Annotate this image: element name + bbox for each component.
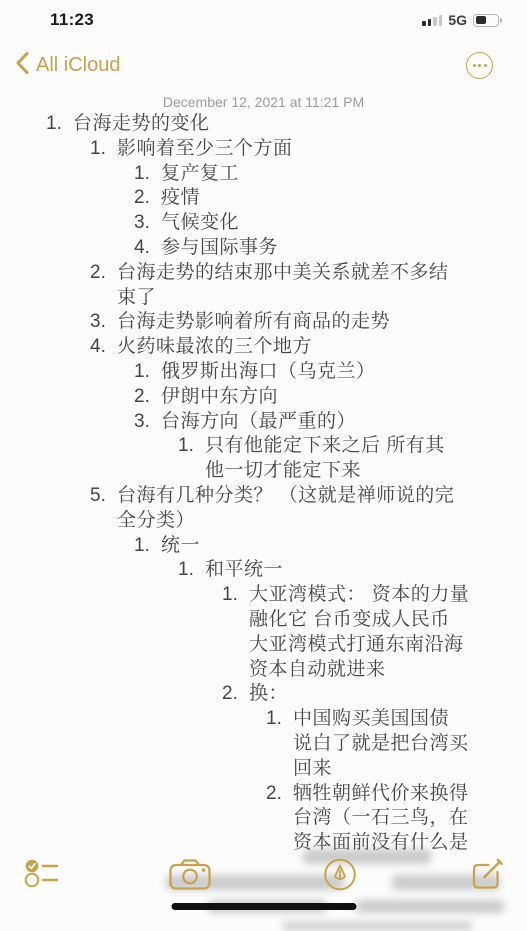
outline-item: 1.只有他能定下来之后 所有其 他一切才能定下来 <box>178 434 491 484</box>
outline-item-text: 牺牲朝鲜代价来换得 台湾（一石三鸟，在 资本面前没有什么是 <box>293 782 491 856</box>
outline-item: 2.换：1.中国购买美国国债 说白了就是把台湾买 回来2.牺牲朝鲜代价来换得 台… <box>222 682 491 856</box>
outline-item-number: 3. <box>90 310 117 335</box>
outline-item-number: 1. <box>46 112 73 137</box>
chevron-left-icon <box>16 52 29 79</box>
outline-item-text: 伊朗中东方向 <box>161 385 491 410</box>
markup-icon <box>324 858 357 891</box>
status-time: 11:23 <box>50 10 94 30</box>
ellipsis-icon <box>473 64 487 67</box>
outline-item-text: 参与国际事务 <box>161 236 491 261</box>
outline-item: 3.气候变化 <box>134 211 491 236</box>
outline-list: 1.只有他能定下来之后 所有其 他一切才能定下来 <box>134 434 491 484</box>
outline-list: 1.大亚湾模式： 资本的力量 融化它 台币变成人民币 大亚湾模式打通东南沿海 资… <box>178 583 491 856</box>
outline-item-text: 台海走势影响着所有商品的走势 <box>117 310 491 335</box>
status-icons: 5G <box>422 12 499 28</box>
outline-list: 1.台海走势的变化1.影响着至少三个方面1.复产复工2.疫情3.气候变化4.参与… <box>0 112 527 856</box>
compose-icon <box>471 858 504 891</box>
battery-icon <box>473 14 499 27</box>
outline-item-number: 5. <box>90 484 117 509</box>
outline-item-text: 大亚湾模式： 资本的力量 融化它 台币变成人民币 大亚湾模式打通东南沿海 资本自… <box>249 583 491 682</box>
outline-item-text: 和平统一 <box>205 558 491 583</box>
outline-item-number: 1. <box>266 707 293 732</box>
outline-item-text: 台海有几种分类？ （这就是禅师说的完 全分类） <box>117 484 491 534</box>
bottom-toolbar <box>0 846 527 906</box>
outline-item: 1.大亚湾模式： 资本的力量 融化它 台币变成人民币 大亚湾模式打通东南沿海 资… <box>222 583 491 682</box>
notes-app-screen: 11:23 5G All iCloud December 12, 2021 at… <box>0 0 527 931</box>
outline-list: 1.和平统一1.大亚湾模式： 资本的力量 融化它 台币变成人民币 大亚湾模式打通… <box>134 558 491 856</box>
outline-item-number: 2. <box>222 682 249 707</box>
outline-item: 2.牺牲朝鲜代价来换得 台湾（一石三鸟，在 资本面前没有什么是 <box>266 782 491 856</box>
outline-item-text: 中国购买美国国债 说白了就是把台湾买 回来 <box>293 707 491 781</box>
outline-item-text: 统一 <box>161 534 491 559</box>
outline-item-text: 台海方向（最严重的） <box>161 410 491 435</box>
checklist-icon <box>24 858 60 888</box>
outline-item-text: 换： <box>249 682 491 707</box>
outline-item: 2.伊朗中东方向 <box>134 385 491 410</box>
outline-item: 2.疫情 <box>134 186 491 211</box>
outline-list: 1.中国购买美国国债 说白了就是把台湾买 回来2.牺牲朝鲜代价来换得 台湾（一石… <box>222 707 491 856</box>
outline-item: 1.中国购买美国国债 说白了就是把台湾买 回来 <box>266 707 491 781</box>
outline-item: 2.台海走势的结束那中美关系就差不多结 束了 <box>90 261 491 311</box>
outline-list: 1.俄罗斯出海口（乌克兰）2.伊朗中东方向3.台海方向（最严重的）1.只有他能定… <box>90 360 491 484</box>
network-type-label: 5G <box>448 12 467 28</box>
more-options-button[interactable] <box>466 52 493 79</box>
camera-button[interactable] <box>169 858 211 890</box>
back-button-label: All iCloud <box>36 54 120 77</box>
outline-item-text: 火药味最浓的三个地方 <box>117 335 491 360</box>
outline-item-text: 只有他能定下来之后 所有其 他一切才能定下来 <box>205 434 491 484</box>
outline-item-number: 3. <box>134 211 161 236</box>
outline-item-text: 俄罗斯出海口（乌克兰） <box>161 360 491 385</box>
outline-item-number: 4. <box>90 335 117 360</box>
outline-item-number: 1. <box>134 534 161 559</box>
outline-item-text: 疫情 <box>161 186 491 211</box>
outline-item: 3.台海方向（最严重的）1.只有他能定下来之后 所有其 他一切才能定下来 <box>134 410 491 484</box>
outline-list: 1.复产复工2.疫情3.气候变化4.参与国际事务 <box>90 162 491 261</box>
outline-item: 3.台海走势影响着所有商品的走势 <box>90 310 491 335</box>
outline-item: 4.参与国际事务 <box>134 236 491 261</box>
cellular-signal-icon <box>422 14 442 26</box>
outline-item-number: 1. <box>178 434 205 459</box>
compose-button[interactable] <box>471 858 504 891</box>
outline-item-number: 2. <box>134 385 161 410</box>
outline-item: 1.统一1.和平统一1.大亚湾模式： 资本的力量 融化它 台币变成人民币 大亚湾… <box>134 534 491 856</box>
outline-item-number: 1. <box>90 137 117 162</box>
outline-item: 1.台海走势的变化1.影响着至少三个方面1.复产复工2.疫情3.气候变化4.参与… <box>46 112 491 856</box>
outline-item-number: 2. <box>266 782 293 807</box>
outline-item-number: 2. <box>134 186 161 211</box>
outline-item: 1.复产复工 <box>134 162 491 187</box>
outline-item-text: 影响着至少三个方面 <box>117 137 491 162</box>
home-indicator[interactable] <box>171 903 356 910</box>
outline-item-number: 3. <box>134 410 161 435</box>
outline-item: 1.和平统一1.大亚湾模式： 资本的力量 融化它 台币变成人民币 大亚湾模式打通… <box>178 558 491 856</box>
outline-item-number: 1. <box>134 360 161 385</box>
outline-item-text: 复产复工 <box>161 162 491 187</box>
outline-item: 4.火药味最浓的三个地方1.俄罗斯出海口（乌克兰）2.伊朗中东方向3.台海方向（… <box>90 335 491 484</box>
note-date: December 12, 2021 at 11:21 PM <box>0 94 527 110</box>
outline-item-number: 4. <box>134 236 161 261</box>
outline-list: 1.统一1.和平统一1.大亚湾模式： 资本的力量 融化它 台币变成人民币 大亚湾… <box>90 534 491 856</box>
outline-item-number: 1. <box>178 558 205 583</box>
outline-item: 5.台海有几种分类？ （这就是禅师说的完 全分类）1.统一1.和平统一1.大亚湾… <box>90 484 491 856</box>
outline-list: 1.影响着至少三个方面1.复产复工2.疫情3.气候变化4.参与国际事务2.台海走… <box>46 137 491 856</box>
status-bar: 11:23 5G <box>0 0 527 34</box>
note-content[interactable]: 1.台海走势的变化1.影响着至少三个方面1.复产复工2.疫情3.气候变化4.参与… <box>0 112 527 931</box>
outline-item-number: 1. <box>134 162 161 187</box>
outline-item: 1.俄罗斯出海口（乌克兰） <box>134 360 491 385</box>
back-button[interactable]: All iCloud <box>16 52 120 79</box>
camera-icon <box>169 858 211 890</box>
checklist-button[interactable] <box>24 858 60 888</box>
outline-item: 1.影响着至少三个方面1.复产复工2.疫情3.气候变化4.参与国际事务 <box>90 137 491 261</box>
markup-button[interactable] <box>324 858 357 891</box>
outline-item-number: 1. <box>222 583 249 608</box>
outline-item-number: 2. <box>90 261 117 286</box>
outline-item-text: 气候变化 <box>161 211 491 236</box>
outline-item-text: 台海走势的变化 <box>73 112 491 137</box>
outline-item-text: 台海走势的结束那中美关系就差不多结 束了 <box>117 261 491 311</box>
nav-bar: All iCloud <box>0 46 527 84</box>
